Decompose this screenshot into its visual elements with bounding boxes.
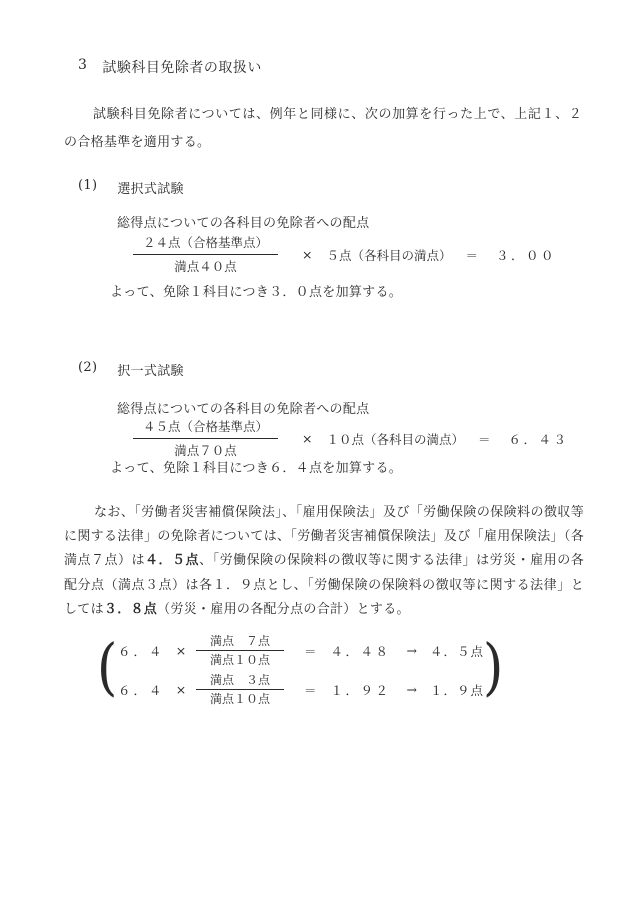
fraction: 満点 ７点 満点１０点 xyxy=(196,634,284,667)
fraction-numerator: 満点 ７点 xyxy=(196,634,284,651)
note-bold-value: ３．８点 xyxy=(104,602,157,617)
rounded-result: １．９点 xyxy=(430,681,484,699)
raw-result: １．９２ xyxy=(331,681,391,699)
fraction-numerator: ２４点（合格基準点） xyxy=(133,234,278,255)
calculation-row: ６．４ × 満点 ３点 満点１０点 ＝ １．９２ → １．９点 xyxy=(118,673,484,706)
subsection-1-caption: 総得点についての各科目の免除者への配点 xyxy=(117,212,369,231)
subsection-1-conclusion: よって、免除１科目につき３．０点を加算する。 xyxy=(110,281,402,300)
equals-sign: ＝ xyxy=(466,246,479,264)
heading-title: 試験科目免除者の取扱い xyxy=(102,57,262,77)
multiply-sign: × xyxy=(166,643,196,658)
multiply-sign: × xyxy=(302,247,312,262)
multiply-sign: × xyxy=(302,431,312,446)
coefficient: ６．４ xyxy=(118,681,166,699)
heading-number: 3 xyxy=(78,57,87,77)
subsection-2-label: (2) xyxy=(78,360,97,379)
formula-factor: １０点（各科目の満点） xyxy=(326,430,464,448)
equals-sign: ＝ xyxy=(304,681,317,699)
fraction-numerator: 満点 ３点 xyxy=(196,673,284,690)
fraction: ４５点（合格基準点） 満点７０点 xyxy=(133,418,278,459)
formula-result: ３．００ xyxy=(496,246,556,264)
intro-paragraph: 試験科目免除者については、例年と同様に、次の加算を行った上で、上記１、２の合格基… xyxy=(64,101,582,157)
coefficient: ６．４ xyxy=(118,642,166,660)
fraction-denominator: 満点４０点 xyxy=(133,255,278,275)
fraction-numerator: ４５点（合格基準点） xyxy=(133,418,278,439)
subsection-2-heading: (2) 択一式試験 xyxy=(78,360,184,379)
fraction: ２４点（合格基準点） 満点４０点 xyxy=(133,234,278,275)
subsection-2-formula: ４５点（合格基準点） 満点７０点 × １０点（各科目の満点） ＝ ６．４３ xyxy=(133,418,569,459)
arrow-icon: → xyxy=(407,682,417,697)
rounded-result: ４．５点 xyxy=(430,642,484,660)
multiply-sign: × xyxy=(166,682,196,697)
equals-sign: ＝ xyxy=(304,642,317,660)
document-page: 3 試験科目免除者の取扱い 試験科目免除者については、例年と同様に、次の加算を行… xyxy=(0,0,640,906)
fraction: 満点 ３点 満点１０点 xyxy=(196,673,284,706)
calculation-block: ６．４ × 満点 ７点 満点１０点 ＝ ４．４８ → ４．５点 ６．４ × 満点… xyxy=(118,634,484,706)
subsection-2-conclusion: よって、免除１科目につき６．４点を加算する。 xyxy=(110,457,402,476)
note-bold-value: ４．５点 xyxy=(145,553,199,568)
subsection-1-heading: (1) 選択式試験 xyxy=(78,178,184,197)
note-text: （労災・雇用の各配分点の合計）とする。 xyxy=(157,602,410,617)
subsection-2-caption: 総得点についての各科目の免除者への配点 xyxy=(117,398,369,417)
equals-sign: ＝ xyxy=(478,430,491,448)
arrow-icon: → xyxy=(407,643,417,658)
section-heading: 3 試験科目免除者の取扱い xyxy=(78,57,262,77)
subsection-1-label: (1) xyxy=(78,178,97,197)
fraction-denominator: 満点１０点 xyxy=(196,690,284,706)
raw-result: ４．４８ xyxy=(331,642,391,660)
subsection-1-formula: ２４点（合格基準点） 満点４０点 × ５点（各科目の満点） ＝ ３．００ xyxy=(133,234,556,275)
right-bracket: ) xyxy=(483,629,504,705)
formula-result: ６．４３ xyxy=(509,430,569,448)
note-paragraph: なお、「労働者災害補償保険法」、「雇用保険法」及び「労働保険の保険料の徴収等に関… xyxy=(64,501,584,622)
fraction-denominator: 満点７０点 xyxy=(133,439,278,459)
fraction-denominator: 満点１０点 xyxy=(196,651,284,667)
calculation-row: ６．４ × 満点 ７点 満点１０点 ＝ ４．４８ → ４．５点 xyxy=(118,634,484,667)
subsection-2-title: 択一式試験 xyxy=(117,360,184,379)
formula-factor: ５点（各科目の満点） xyxy=(326,246,451,264)
subsection-1-title: 選択式試験 xyxy=(117,178,184,197)
left-bracket: ( xyxy=(97,629,118,705)
